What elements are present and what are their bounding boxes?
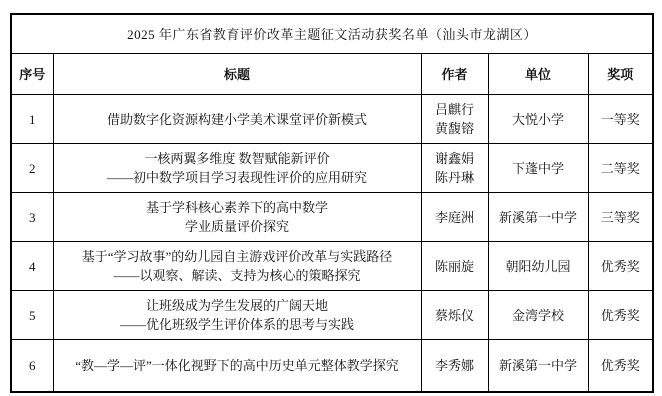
- row-title: 一核两翼多维度 数智赋能新评价 ——初中数学项目学习表现性评价的应用研究: [53, 144, 421, 193]
- row-unit: 大悦小学: [488, 95, 588, 144]
- table-header-row: 序号 标题 作者 单位 奖项: [11, 54, 653, 95]
- col-header-author: 作者: [421, 54, 488, 95]
- title-line: ——以观察、解读、支持为核心的策略探究: [58, 266, 417, 285]
- author-name: 李庭洲: [426, 208, 484, 227]
- row-number: 5: [11, 291, 53, 340]
- title-line: 学业质量评价探究: [58, 217, 417, 236]
- title-line: 借助数字化资源构建小学美术课堂评价新模式: [58, 110, 417, 129]
- title-line: 基于学科核心素养下的高中数学: [58, 198, 417, 217]
- col-header-no: 序号: [11, 54, 53, 95]
- row-unit: 新溪第一中学: [488, 193, 588, 242]
- title-row: 2025 年广东省教育评价改革主题征文活动获奖名单（汕头市龙湖区）: [11, 14, 653, 54]
- title-line: 一核两翼多维度 数智赋能新评价: [58, 149, 417, 168]
- row-number: 4: [11, 242, 53, 291]
- document-page: 2025 年广东省教育评价改革主题征文活动获奖名单（汕头市龙湖区） 序号 标题 …: [0, 0, 662, 396]
- row-title: 借助数字化资源构建小学美术课堂评价新模式: [53, 95, 421, 144]
- row-authors: 蔡烁仪: [421, 291, 488, 340]
- title-line: ——优化班级学生评价体系的思考与实践: [58, 315, 417, 334]
- col-header-award: 奖项: [588, 54, 653, 95]
- row-unit: 金湾学校: [488, 291, 588, 340]
- row-award: 二等奖: [588, 144, 653, 193]
- author-name: 黄馥镕: [426, 119, 484, 138]
- table-row: 5 让班级成为学生发展的广阔天地 ——优化班级学生评价体系的思考与实践 蔡烁仪 …: [11, 291, 653, 340]
- author-name: 吕麒行: [426, 100, 484, 119]
- row-authors: 李秀娜: [421, 340, 488, 393]
- row-award: 优秀奖: [588, 242, 653, 291]
- row-authors: 吕麒行 黄馥镕: [421, 95, 488, 144]
- row-award: 优秀奖: [588, 340, 653, 393]
- row-authors: 谢鑫娟 陈丹琳: [421, 144, 488, 193]
- author-name: 蔡烁仪: [426, 306, 484, 325]
- table-row: 6 “教—学—评”一体化视野下的高中历史单元整体教学探究 李秀娜 新溪第一中学 …: [11, 340, 653, 393]
- row-award: 优秀奖: [588, 291, 653, 340]
- author-name: 陈丹琳: [426, 168, 484, 187]
- author-name: 谢鑫娟: [426, 149, 484, 168]
- row-title: 基于“学习故事”的幼儿园自主游戏评价改革与实践路径 ——以观察、解读、支持为核心…: [53, 242, 421, 291]
- title-line: “教—学—评”一体化视野下的高中历史单元整体教学探究: [58, 356, 417, 375]
- col-header-title: 标题: [53, 54, 421, 95]
- author-name: 李秀娜: [426, 356, 484, 375]
- row-unit: 新溪第一中学: [488, 340, 588, 393]
- table-row: 2 一核两翼多维度 数智赋能新评价 ——初中数学项目学习表现性评价的应用研究 谢…: [11, 144, 653, 193]
- row-number: 6: [11, 340, 53, 393]
- author-name: 陈丽旋: [426, 257, 484, 276]
- title-line: 让班级成为学生发展的广阔天地: [58, 296, 417, 315]
- awards-table: 2025 年广东省教育评价改革主题征文活动获奖名单（汕头市龙湖区） 序号 标题 …: [10, 13, 654, 393]
- title-line: ——初中数学项目学习表现性评价的应用研究: [58, 168, 417, 187]
- table-row: 1 借助数字化资源构建小学美术课堂评价新模式 吕麒行 黄馥镕 大悦小学 一等奖: [11, 95, 653, 144]
- col-header-unit: 单位: [488, 54, 588, 95]
- row-number: 3: [11, 193, 53, 242]
- title-line: 基于“学习故事”的幼儿园自主游戏评价改革与实践路径: [58, 247, 417, 266]
- row-unit: 朝阳幼儿园: [488, 242, 588, 291]
- row-authors: 陈丽旋: [421, 242, 488, 291]
- row-number: 1: [11, 95, 53, 144]
- document-title: 2025 年广东省教育评价改革主题征文活动获奖名单（汕头市龙湖区）: [11, 14, 653, 54]
- row-title: 让班级成为学生发展的广阔天地 ——优化班级学生评价体系的思考与实践: [53, 291, 421, 340]
- row-unit: 下蓬中学: [488, 144, 588, 193]
- row-authors: 李庭洲: [421, 193, 488, 242]
- row-number: 2: [11, 144, 53, 193]
- table-row: 4 基于“学习故事”的幼儿园自主游戏评价改革与实践路径 ——以观察、解读、支持为…: [11, 242, 653, 291]
- table-row: 3 基于学科核心素养下的高中数学 学业质量评价探究 李庭洲 新溪第一中学 三等奖: [11, 193, 653, 242]
- row-title: “教—学—评”一体化视野下的高中历史单元整体教学探究: [53, 340, 421, 393]
- row-award: 三等奖: [588, 193, 653, 242]
- row-title: 基于学科核心素养下的高中数学 学业质量评价探究: [53, 193, 421, 242]
- row-award: 一等奖: [588, 95, 653, 144]
